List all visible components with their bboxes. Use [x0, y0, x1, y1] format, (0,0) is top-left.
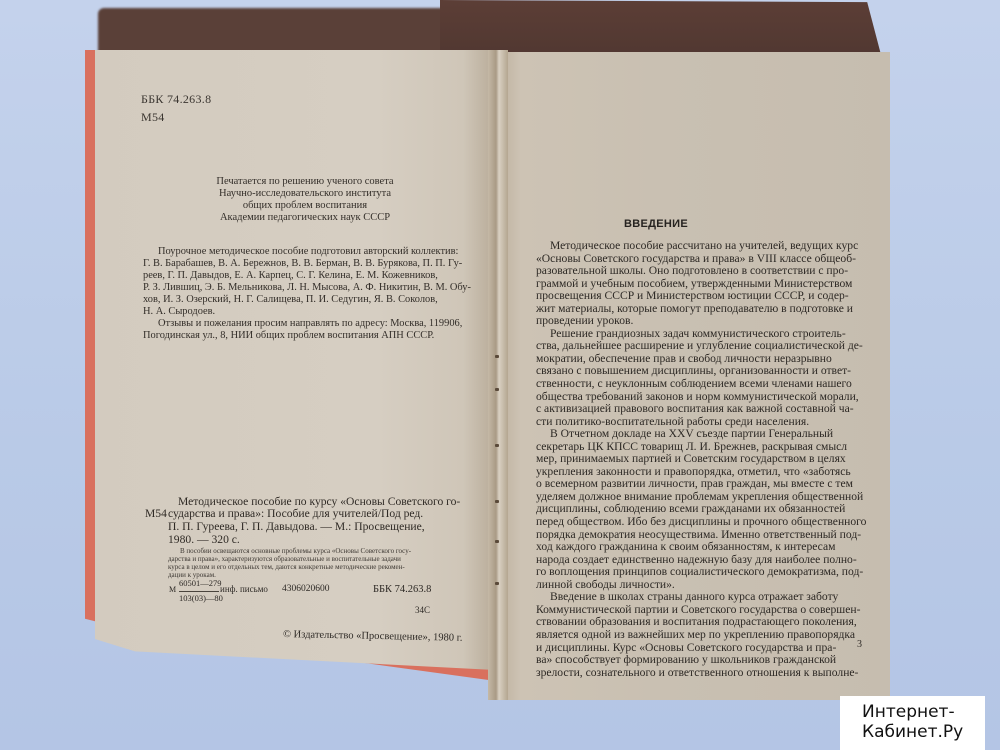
- approval-line: Печатается по решению ученого совета: [195, 176, 415, 188]
- text-line: го воплощения принципов социалистическог…: [536, 566, 891, 579]
- approval-line: Академии педагогических наук СССР: [195, 212, 415, 224]
- text-line: проведении уроков.: [536, 315, 891, 328]
- authors-line: хов, И. З. Озерский, Н. Г. Салищева, П. …: [143, 294, 438, 306]
- authors-intro: Поурочное методическое пособие подготови…: [158, 246, 458, 258]
- left-page: [95, 50, 495, 670]
- stitch-mark: [495, 540, 499, 543]
- text-line: ва» способствует формированию у школьник…: [536, 654, 891, 667]
- text-line: просвещения СССР и Министерством юстиции…: [536, 290, 891, 303]
- section-heading: ВВЕДЕНИЕ: [624, 218, 688, 230]
- index-prefix: М: [169, 585, 176, 594]
- text-line: перед обществом. Ибо без дисциплины и пр…: [536, 516, 891, 529]
- stitch-mark: [495, 444, 499, 447]
- card-abstract: дарства и права», характеризуются образо…: [168, 555, 401, 563]
- intro-text-body: Методическое пособие рассчитано на учите…: [536, 240, 891, 679]
- catalog-mark: М54: [141, 110, 165, 125]
- stitch-mark: [495, 500, 499, 503]
- text-line: ход каждого гражданина к своим обязаннос…: [536, 541, 891, 554]
- card-line: П. П. Гуреева, Г. П. Давыдова. — М.: Про…: [168, 521, 425, 534]
- watermark-logo: Интернет- Кабинет.Ру: [840, 696, 985, 750]
- authors-line: Н. А. Сыродоев.: [143, 306, 215, 318]
- text-line: Методическое пособие рассчитано на учите…: [536, 240, 891, 253]
- text-line: зрелости, сознательного и ответственного…: [536, 667, 891, 680]
- fraction-bottom: 103(03)—80: [179, 593, 223, 603]
- classification-code: ББК 74.263.8: [141, 92, 211, 107]
- info-number: 4306020600: [282, 584, 330, 594]
- feedback-line: Погодинская ул., 8, НИИ общих проблем во…: [143, 330, 434, 342]
- text-line: с активизацией правового воспитания как …: [536, 403, 891, 416]
- text-line: В Отчетном докладе на XXV съезде партии …: [536, 428, 891, 441]
- approval-line: общих проблем воспитания: [195, 200, 415, 212]
- approval-line: Научно-исследовательского института: [195, 188, 415, 200]
- card-abstract: курса в целом и его отдельных тем, даютс…: [168, 563, 405, 571]
- text-line: ственности, с неуклонным соблюдением все…: [536, 378, 891, 391]
- card-abstract: В пособии освещаются основные проблемы к…: [180, 547, 411, 555]
- feedback-line: Отзывы и пожелания просим направлять по …: [158, 318, 462, 330]
- stitch-mark: [495, 388, 499, 391]
- text-line: разовательной школы. Оно подготовлено в …: [536, 265, 891, 278]
- code-34c: 34С: [415, 605, 430, 615]
- stitch-mark: [495, 355, 499, 358]
- book-gutter: [488, 50, 508, 700]
- page-number: 3: [857, 639, 862, 650]
- text-line: мер, принимаемых партией и Советским гос…: [536, 453, 891, 466]
- text-line: является одной из важнейших мер по укреп…: [536, 629, 891, 642]
- card-line: сударства и права»: Пособие для учителей…: [168, 508, 423, 521]
- watermark-line: Интернет-: [862, 702, 985, 722]
- approval-block: Печатается по решению ученого совета Нау…: [195, 176, 415, 224]
- authors-line: реев, Г. П. Давыдов, Е. А. Карпец, С. Г.…: [143, 270, 438, 282]
- watermark-line: Кабинет.Ру: [862, 722, 985, 742]
- authors-line: Г. В. Барабашев, В. А. Бережнов, В. В. Б…: [143, 258, 462, 270]
- fraction-top: 60501—279: [179, 578, 222, 588]
- card-line: 1980. — 320 с.: [168, 534, 240, 547]
- stitch-mark: [495, 582, 499, 585]
- card-mark: М54: [145, 508, 167, 521]
- fraction-line: [179, 591, 219, 592]
- text-line: Введение в школах страны данного курса о…: [536, 591, 891, 604]
- card-bbk: ББК 74.263.8: [373, 584, 431, 595]
- info-letter: инф. письмо: [220, 584, 268, 594]
- authors-line: Р. З. Лившиц, Э. Б. Мельникова, Л. Н. Мы…: [143, 282, 471, 294]
